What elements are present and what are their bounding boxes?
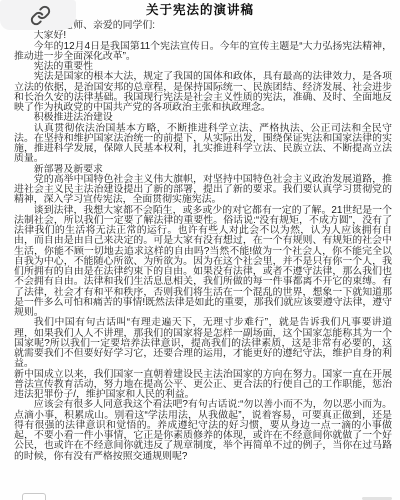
cutoff-element-left xyxy=(22,493,46,500)
link-icon xyxy=(30,5,51,26)
paragraph: 应该会有很多人同意我这个看法吧?有句古话说:“勿以善小而不为，勿以恶小而为。点滴… xyxy=(14,400,392,462)
paragraph: 宪法是国家的根本大法，规定了我国的国体和政体，具有最高的法律效力，是各项立法的依… xyxy=(14,72,392,113)
paragraph: 谈到法律，我想大家都不会陌生，或多或少的对它都有一定的了解。21世纪是一个法制社… xyxy=(14,206,392,319)
paragraph: 大家好! xyxy=(14,31,392,41)
paragraph: 认真贯彻依法治国基本方略，不断推进科学立法、严格执法、公正司法和全民守法。在坚持… xyxy=(14,124,392,165)
paragraph: 今年的12月4日是我国第11个宪法宣传日。今年的宣传主题是“大力弘扬宪法精神，推… xyxy=(14,42,392,63)
paragraph: 我们中国有句古话叫“有理走遍天下，无理寸步难行”，就是告诉我们凡事要讲道理，如果… xyxy=(14,318,392,369)
link-button[interactable] xyxy=(0,0,76,30)
paragraph: 新中国成立以来，我们国家一直朝着建设民主法治国家的方向在努力。国家一直在开展普法… xyxy=(14,370,392,401)
paragraph: 党的高举中国特色社会主义伟大旗帜，对坚持中国特色社会主义政治发展道路，推进社会主… xyxy=(14,175,392,206)
paragraph: 积极推进法治建设 xyxy=(14,113,392,123)
document-page: 关于宪法的演讲稿 敬爱的老师、亲爱的同学们:大家好!今年的12月4日是我国第11… xyxy=(0,0,400,500)
document-body: 敬爱的老师、亲爱的同学们:大家好!今年的12月4日是我国第11个宪法宣传日。今年… xyxy=(0,19,400,462)
